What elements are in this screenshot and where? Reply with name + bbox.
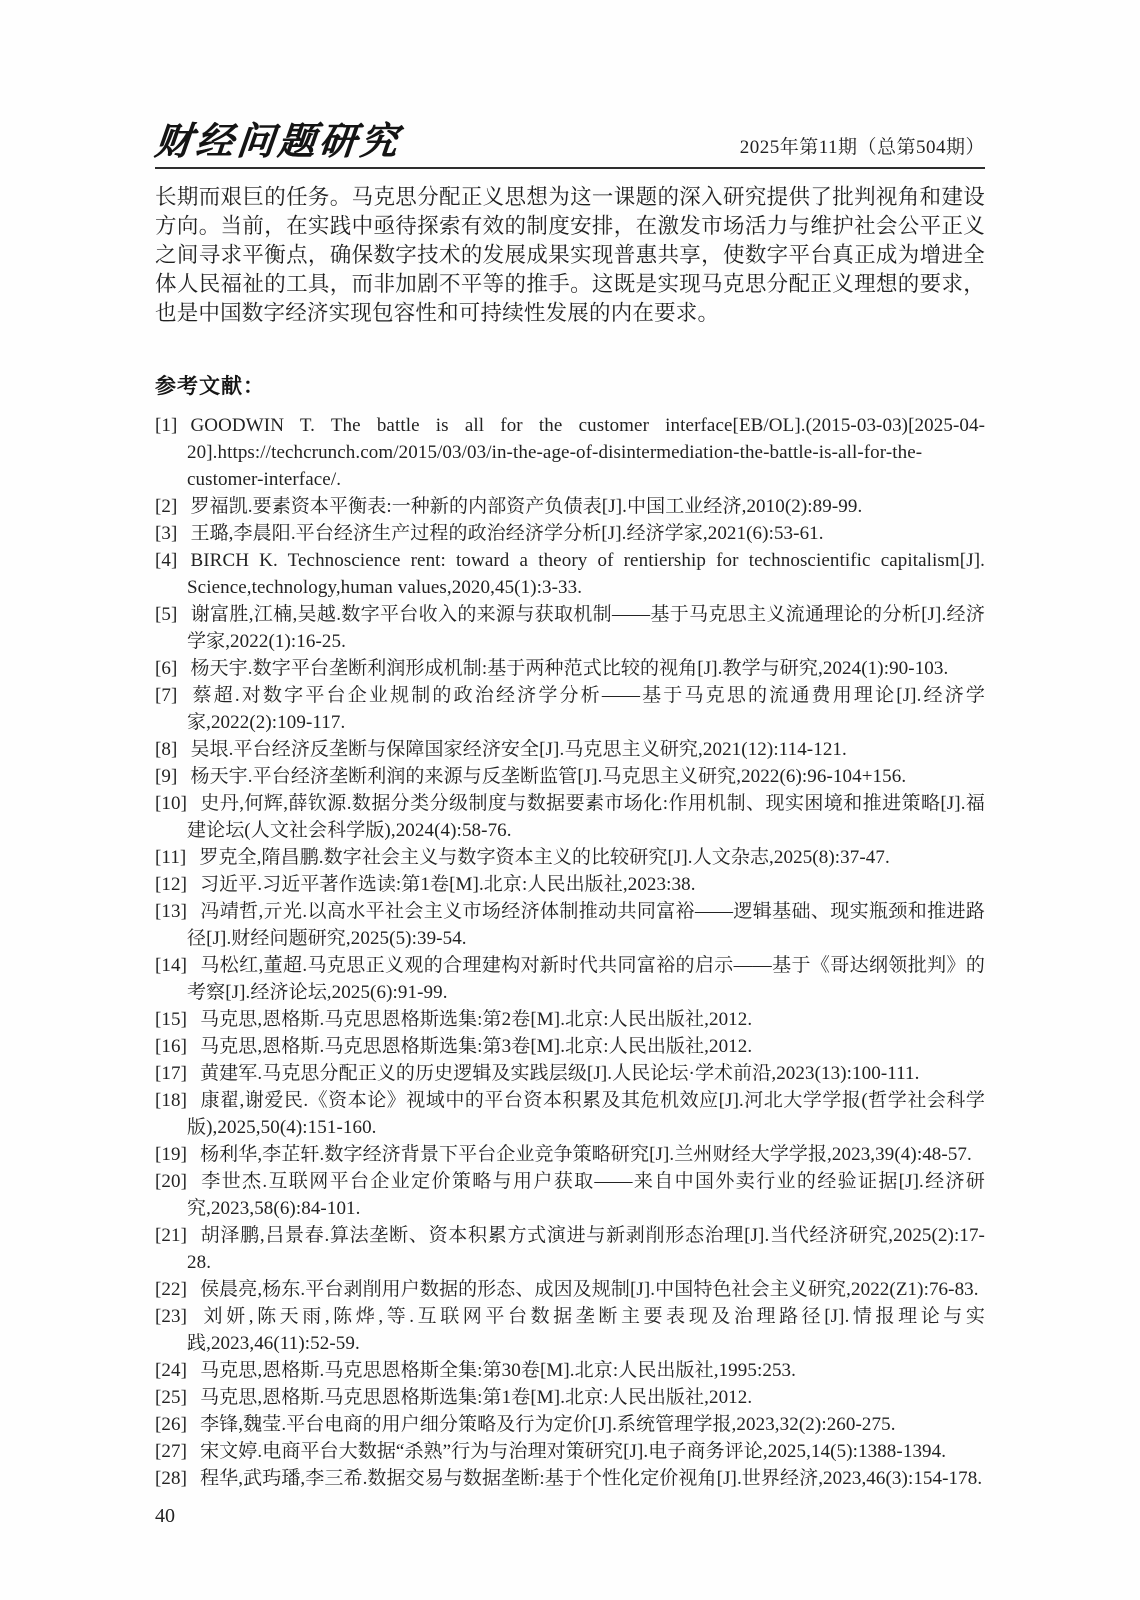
reference-text: 杨利华,李芷轩.数字经济背景下平台企业竞争策略研究[J].兰州财经大学学报,20…: [200, 1144, 972, 1165]
reference-number: [8]: [155, 739, 177, 760]
reference-item: [22]侯晨亮,杨东.平台剥削用户数据的形态、成因及规制[J].中国特色社会主义…: [155, 1276, 985, 1303]
reference-number: [4]: [155, 550, 177, 571]
reference-text: 宋文婷.电商平台大数据“杀熟”行为与治理对策研究[J].电子商务评论,2025,…: [200, 1441, 946, 1462]
reference-item: [9]杨天宇.平台经济垄断利润的来源与反垄断监管[J].马克思主义研究,2022…: [155, 763, 985, 790]
reference-text: 马克思,恩格斯.马克思恩格斯选集:第3卷[M].北京:人民出版社,2012.: [200, 1036, 752, 1057]
reference-number: [20]: [155, 1171, 187, 1192]
reference-number: [22]: [155, 1279, 187, 1300]
reference-text: 杨天宇.数字平台垄断利润形成机制:基于两种范式比较的视角[J].教学与研究,20…: [190, 658, 948, 679]
reference-item: [19]杨利华,李芷轩.数字经济背景下平台企业竞争策略研究[J].兰州财经大学学…: [155, 1141, 985, 1168]
reference-number: [14]: [155, 955, 187, 976]
reference-text: 蔡超.对数字平台企业规制的政治经济学分析——基于马克思的流通费用理论[J].经济…: [187, 685, 985, 733]
reference-item: [7]蔡超.对数字平台企业规制的政治经济学分析——基于马克思的流通费用理论[J]…: [155, 682, 985, 736]
reference-number: [19]: [155, 1144, 187, 1165]
reference-number: [3]: [155, 523, 177, 544]
reference-number: [26]: [155, 1414, 187, 1435]
reference-item: [15]马克思,恩格斯.马克思恩格斯选集:第2卷[M].北京:人民出版社,201…: [155, 1006, 985, 1033]
reference-text: 马克思,恩格斯.马克思恩格斯选集:第1卷[M].北京:人民出版社,2012.: [200, 1387, 752, 1408]
reference-item: [13]冯靖哲,亓光.以高水平社会主义市场经济体制推动共同富裕——逻辑基础、现实…: [155, 898, 985, 952]
reference-text: 马克思,恩格斯.马克思恩格斯选集:第2卷[M].北京:人民出版社,2012.: [200, 1009, 752, 1030]
reference-item: [2]罗福凯.要素资本平衡表:一种新的内部资产负债表[J].中国工业经济,201…: [155, 493, 985, 520]
reference-item: [4]BIRCH K. Technoscience rent: toward a…: [155, 547, 985, 601]
reference-item: [12]习近平.习近平著作选读:第1卷[M].北京:人民出版社,2023:38.: [155, 871, 985, 898]
reference-item: [10]史丹,何辉,薛钦源.数据分类分级制度与数据要素市场化:作用机制、现实困境…: [155, 790, 985, 844]
reference-text: 习近平.习近平著作选读:第1卷[M].北京:人民出版社,2023:38.: [200, 874, 696, 895]
reference-number: [9]: [155, 766, 177, 787]
reference-text: GOODWIN T. The battle is all for the cus…: [187, 415, 985, 490]
reference-item: [24]马克思,恩格斯.马克思恩格斯全集:第30卷[M].北京:人民出版社,19…: [155, 1357, 985, 1384]
page-header: 财经问题研究 2025年第11期（总第504期）: [155, 124, 985, 169]
body-paragraph: 长期而艰巨的任务。马克思分配正义思想为这一课题的深入研究提供了批判视角和建设方向…: [155, 183, 985, 328]
reference-text: 胡泽鹏,吕景春.算法垄断、资本积累方式演进与新剥削形态治理[J].当代经济研究,…: [187, 1225, 985, 1273]
reference-number: [21]: [155, 1225, 187, 1246]
reference-item: [25]马克思,恩格斯.马克思恩格斯选集:第1卷[M].北京:人民出版社,201…: [155, 1384, 985, 1411]
reference-number: [25]: [155, 1387, 187, 1408]
reference-number: [23]: [155, 1306, 187, 1327]
reference-number: [27]: [155, 1441, 187, 1462]
reference-number: [2]: [155, 496, 177, 517]
reference-number: [1]: [155, 415, 177, 436]
reference-text: 罗克全,隋昌鹏.数字社会主义与数字资本主义的比较研究[J].人文杂志,2025(…: [199, 847, 889, 868]
reference-text: 冯靖哲,亓光.以高水平社会主义市场经济体制推动共同富裕——逻辑基础、现实瓶颈和推…: [187, 901, 985, 949]
reference-number: [5]: [155, 604, 177, 625]
reference-item: [18]康翟,谢爱民.《资本论》视域中的平台资本积累及其危机效应[J].河北大学…: [155, 1087, 985, 1141]
reference-number: [28]: [155, 1468, 187, 1489]
reference-number: [24]: [155, 1360, 187, 1381]
reference-number: [17]: [155, 1063, 187, 1084]
reference-text: 侯晨亮,杨东.平台剥削用户数据的形态、成因及规制[J].中国特色社会主义研究,2…: [200, 1279, 979, 1300]
reference-item: [8]吴垠.平台经济反垄断与保障国家经济安全[J].马克思主义研究,2021(1…: [155, 736, 985, 763]
reference-text: 刘妍,陈天雨,陈烨,等.互联网平台数据垄断主要表现及治理路径[J].情报理论与实…: [187, 1306, 985, 1354]
reference-text: 马克思,恩格斯.马克思恩格斯全集:第30卷[M].北京:人民出版社,1995:2…: [200, 1360, 796, 1381]
reference-item: [27]宋文婷.电商平台大数据“杀熟”行为与治理对策研究[J].电子商务评论,2…: [155, 1438, 985, 1465]
references-heading: 参考文献：: [155, 370, 985, 400]
journal-page: 财经问题研究 2025年第11期（总第504期） 长期而艰巨的任务。马克思分配正…: [0, 0, 1140, 1600]
reference-number: [12]: [155, 874, 187, 895]
reference-text: 康翟,谢爱民.《资本论》视域中的平台资本积累及其危机效应[J].河北大学学报(哲…: [187, 1090, 985, 1138]
reference-number: [6]: [155, 658, 177, 679]
reference-item: [3]王璐,李晨阳.平台经济生产过程的政治经济学分析[J].经济学家,2021(…: [155, 520, 985, 547]
reference-item: [5]谢富胜,江楠,吴越.数字平台收入的来源与获取机制——基于马克思主义流通理论…: [155, 601, 985, 655]
reference-text: 谢富胜,江楠,吴越.数字平台收入的来源与获取机制——基于马克思主义流通理论的分析…: [187, 604, 985, 652]
reference-number: [13]: [155, 901, 187, 922]
reference-text: 程华,武玙璠,李三希.数据交易与数据垄断:基于个性化定价视角[J].世界经济,2…: [200, 1468, 982, 1489]
journal-logo: 财经问题研究: [153, 124, 403, 162]
reference-item: [26]李锋,魏莹.平台电商的用户细分策略及行为定价[J].系统管理学报,202…: [155, 1411, 985, 1438]
reference-item: [20]李世杰.互联网平台企业定价策略与用户获取——来自中国外卖行业的经验证据[…: [155, 1168, 985, 1222]
reference-text: 吴垠.平台经济反垄断与保障国家经济安全[J].马克思主义研究,2021(12):…: [190, 739, 846, 760]
reference-number: [15]: [155, 1009, 187, 1030]
reference-text: 杨天宇.平台经济垄断利润的来源与反垄断监管[J].马克思主义研究,2022(6)…: [190, 766, 906, 787]
page-number: 40: [155, 1505, 985, 1528]
reference-item: [23]刘妍,陈天雨,陈烨,等.互联网平台数据垄断主要表现及治理路径[J].情报…: [155, 1303, 985, 1357]
reference-item: [11]罗克全,隋昌鹏.数字社会主义与数字资本主义的比较研究[J].人文杂志,2…: [155, 844, 985, 871]
issue-info: 2025年第11期（总第504期）: [740, 132, 985, 161]
reference-number: [11]: [155, 847, 186, 868]
reference-item: [17]黄建军.马克思分配正义的历史逻辑及实践层级[J].人民论坛·学术前沿,2…: [155, 1060, 985, 1087]
reference-text: 马松红,董超.马克思正义观的合理建构对新时代共同富裕的启示——基于《哥达纲领批判…: [187, 955, 985, 1003]
reference-item: [16]马克思,恩格斯.马克思恩格斯选集:第3卷[M].北京:人民出版社,201…: [155, 1033, 985, 1060]
reference-text: 罗福凯.要素资本平衡表:一种新的内部资产负债表[J].中国工业经济,2010(2…: [190, 496, 862, 517]
reference-item: [1]GOODWIN T. The battle is all for the …: [155, 412, 985, 493]
reference-text: BIRCH K. Technoscience rent: toward a th…: [187, 550, 985, 598]
reference-number: [18]: [155, 1090, 187, 1111]
reference-item: [28]程华,武玙璠,李三希.数据交易与数据垄断:基于个性化定价视角[J].世界…: [155, 1465, 985, 1492]
reference-text: 王璐,李晨阳.平台经济生产过程的政治经济学分析[J].经济学家,2021(6):…: [190, 523, 823, 544]
reference-item: [14]马松红,董超.马克思正义观的合理建构对新时代共同富裕的启示——基于《哥达…: [155, 952, 985, 1006]
reference-text: 史丹,何辉,薛钦源.数据分类分级制度与数据要素市场化:作用机制、现实困境和推进策…: [187, 793, 985, 841]
reference-item: [21]胡泽鹏,吕景春.算法垄断、资本积累方式演进与新剥削形态治理[J].当代经…: [155, 1222, 985, 1276]
reference-number: [7]: [155, 685, 177, 706]
reference-number: [16]: [155, 1036, 187, 1057]
reference-text: 李世杰.互联网平台企业定价策略与用户获取——来自中国外卖行业的经验证据[J].经…: [187, 1171, 985, 1219]
reference-text: 李锋,魏莹.平台电商的用户细分策略及行为定价[J].系统管理学报,2023,32…: [200, 1414, 896, 1435]
references-list: [1]GOODWIN T. The battle is all for the …: [155, 412, 985, 1492]
reference-number: [10]: [155, 793, 187, 814]
reference-item: [6]杨天宇.数字平台垄断利润形成机制:基于两种范式比较的视角[J].教学与研究…: [155, 655, 985, 682]
reference-text: 黄建军.马克思分配正义的历史逻辑及实践层级[J].人民论坛·学术前沿,2023(…: [200, 1063, 919, 1084]
